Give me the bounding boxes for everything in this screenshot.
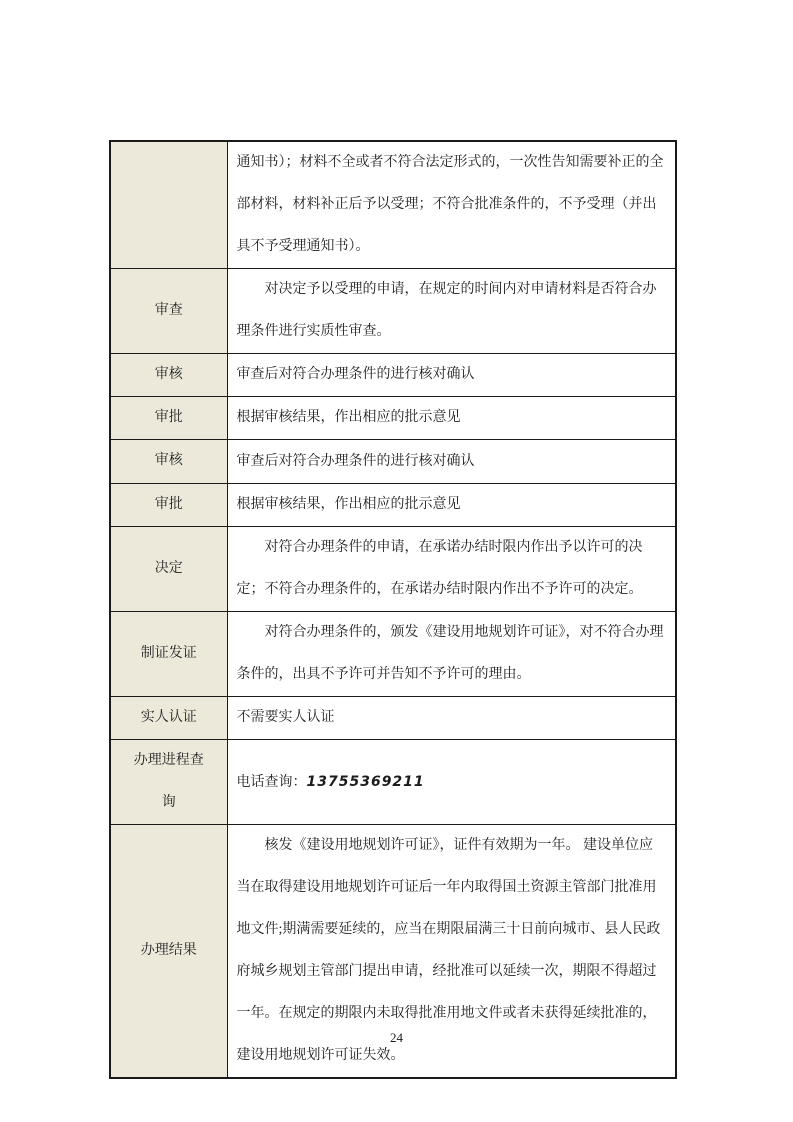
- stage-label: 办理进程查询: [130, 740, 208, 824]
- stage-label: 制证发证: [141, 633, 197, 675]
- stage-label: 决定: [155, 548, 183, 590]
- table-row-banli-jincheng-chaxun: 办理进程查询 电话查询：13755369211: [110, 740, 676, 825]
- stage-label-cell: 审批: [110, 397, 227, 440]
- table-row-shenpi-2: 审批 根据审核结果，作出相应的批示意见: [110, 483, 676, 526]
- stage-label-cell: 办理进程查询: [110, 740, 227, 825]
- stage-description-cell: 电话查询：13755369211: [227, 740, 676, 825]
- procedure-table: 通知书）；材料不全或者不符合法定形式的，一次性告知需要补正的全部材料，材料补正后…: [109, 140, 677, 1079]
- stage-description-cell: 通知书）；材料不全或者不符合法定形式的，一次性告知需要补正的全部材料，材料补正后…: [227, 141, 676, 269]
- stage-label-cell: 审批: [110, 483, 227, 526]
- table-row-shenpi-1: 审批 根据审核结果，作出相应的批示意见: [110, 397, 676, 440]
- stage-label-cell: 审核: [110, 354, 227, 397]
- stage-label: 审批: [155, 397, 183, 439]
- phone-query-prefix: 电话查询：: [237, 775, 307, 790]
- stage-label-cell: 决定: [110, 526, 227, 611]
- table-row-zhizheng-fazheng: 制证发证 对符合办理条件的，颁发《建设用地规划许可证》，对不符合办理条件的，出具…: [110, 611, 676, 696]
- stage-label-cell: 审核: [110, 440, 227, 483]
- stage-description-cell: 不需要实人认证: [227, 696, 676, 739]
- table-row-continuation: 通知书）；材料不全或者不符合法定形式的，一次性告知需要补正的全部材料，材料补正后…: [110, 141, 676, 269]
- table-row-shenhe-2: 审核 审查后对符合办理条件的进行核对确认: [110, 440, 676, 483]
- table-row-shencha: 审查 对决定予以受理的申请，在规定的时间内对申请材料是否符合办理条件进行实质性审…: [110, 269, 676, 354]
- stage-description-cell: 根据审核结果，作出相应的批示意见: [227, 397, 676, 440]
- stage-label: 审核: [155, 354, 183, 396]
- table-row-jueding: 决定 对符合办理条件的申请，在承诺办结时限内作出予以许可的决定；不符合办理条件的…: [110, 526, 676, 611]
- stage-label: 实人认证: [141, 697, 197, 739]
- stage-label-cell: 实人认证: [110, 696, 227, 739]
- stage-description-cell: 对符合办理条件的，颁发《建设用地规划许可证》，对不符合办理条件的，出具不予许可并…: [227, 611, 676, 696]
- stage-description-cell: 对决定予以受理的申请，在规定的时间内对申请材料是否符合办理条件进行实质性审查。: [227, 269, 676, 354]
- stage-label: 办理结果: [141, 930, 197, 972]
- stage-label-cell: 审查: [110, 269, 227, 354]
- stage-label-cell: 制证发证: [110, 611, 227, 696]
- document-page: 通知书）；材料不全或者不符合法定形式的，一次性告知需要补正的全部材料，材料补正后…: [0, 0, 793, 1122]
- table-row-shenhe-1: 审核 审查后对符合办理条件的进行核对确认: [110, 354, 676, 397]
- stage-description-cell: 审查后对符合办理条件的进行核对确认: [227, 440, 676, 483]
- stage-label-cell: [110, 141, 227, 269]
- stage-description-cell: 审查后对符合办理条件的进行核对确认: [227, 354, 676, 397]
- phone-number: 13755369211: [307, 774, 425, 790]
- table-row-shiren-renzheng: 实人认证 不需要实人认证: [110, 696, 676, 739]
- stage-description-cell: 对符合办理条件的申请，在承诺办结时限内作出予以许可的决定；不符合办理条件的，在承…: [227, 526, 676, 611]
- stage-description-cell: 根据审核结果，作出相应的批示意见: [227, 483, 676, 526]
- page-number: 24: [0, 1030, 793, 1046]
- stage-label: 审批: [155, 484, 183, 526]
- stage-label: 审核: [155, 440, 183, 482]
- stage-label: 审查: [155, 290, 183, 332]
